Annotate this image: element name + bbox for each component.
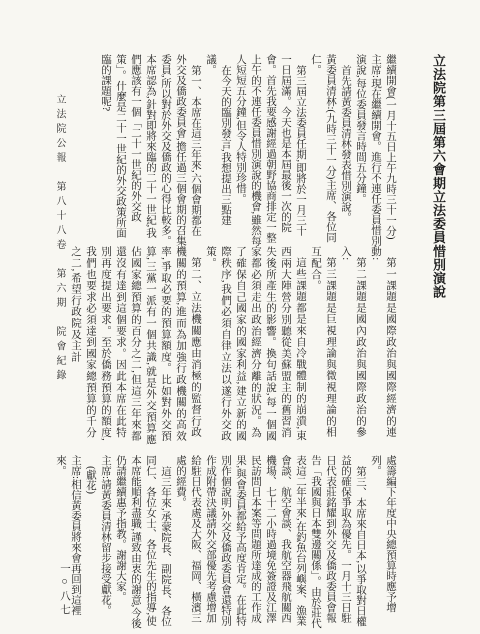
paragraph: 第三屆立法委員任期,即將於一月三十一日屆滿。今天也是本屆最後一次的院會。首先我要…	[233, 54, 308, 246]
paragraph: 處籌編下年度中央總預算時應予增列。	[368, 455, 398, 629]
paragraph: 第二課題是國內政治與國際政治的參入:	[338, 246, 368, 448]
paragraph: 首先請黃委員清林發表惜別演說。	[338, 54, 353, 246]
gazette-info-column: 立法院公報 第八十八卷 第六期 院會紀錄	[52, 94, 67, 424]
paragraph: 在今天的臨別發言,我想提出三點建議。	[203, 54, 233, 246]
paragraph: 繼續開會(一月十五日上午九時三十一分)	[383, 54, 398, 246]
paragraph: 主席:現在繼續開會。進行不連任委員惜別演說,每位委員發言時間五分鐘。	[353, 54, 383, 246]
paragraph: 第三、本席來自日本,以爭取對日權益的確保爭取為優先。一月十三日駐日代表莊銘耀到外…	[173, 455, 368, 629]
text-band-1: 繼續開會(一月十五日上午九時三十一分) 主席:現在繼續開會。進行不連任委員惜別演…	[62, 54, 398, 246]
paragraph: 這些課題都是來自冷戰體制的崩潰,東西兩大陣營分別聽從美蘇盟主的舊習消失後所產生的…	[203, 246, 308, 448]
paragraph: 第一、本席在這三年來,六個會期都在外交及僑政委員會,擔任過三個會期的召集委員,所…	[98, 54, 203, 246]
document-title: 立法院第三屆第六會期立法委員惜別演說	[429, 54, 448, 302]
paragraph: 第三課題是巨視理論與微視理論的相互配合。	[308, 246, 338, 448]
paragraph: 第一課題是國際政治與國際經濟的連動:	[368, 246, 398, 448]
paragraph: 主席:請黃委員清林留步接受獻花。	[98, 455, 113, 629]
paragraph: 這三年來,承蒙院長、副院長、各位同仁、各位女士、各位先生的指導,使本席能順利盡職…	[113, 455, 173, 629]
document-page: 立法院第三屆第六會期立法委員惜別演說 繼續開會(一月十五日上午九時三十一分) 主…	[0, 0, 480, 634]
text-band-2: 第一課題是國際政治與國際經濟的連動: 第二課題是國內政治與國際政治的參入: 第三…	[62, 246, 398, 448]
paragraph: 黃委員清林:(九時三十一分)主席、各位同仁。	[308, 54, 338, 246]
page-number: 一○八七	[57, 563, 72, 633]
paragraph: (獻花)	[83, 455, 98, 629]
text-band-3: 處籌編下年度中央總預算時應予增列。 第三、本席來自日本,以爭取對日權益的確保爭取…	[54, 455, 398, 629]
paragraph: 第二、立法機關應由消極的監督行政機關的預算,進而為加強行政機關的高效率,爭取必要…	[68, 246, 203, 448]
